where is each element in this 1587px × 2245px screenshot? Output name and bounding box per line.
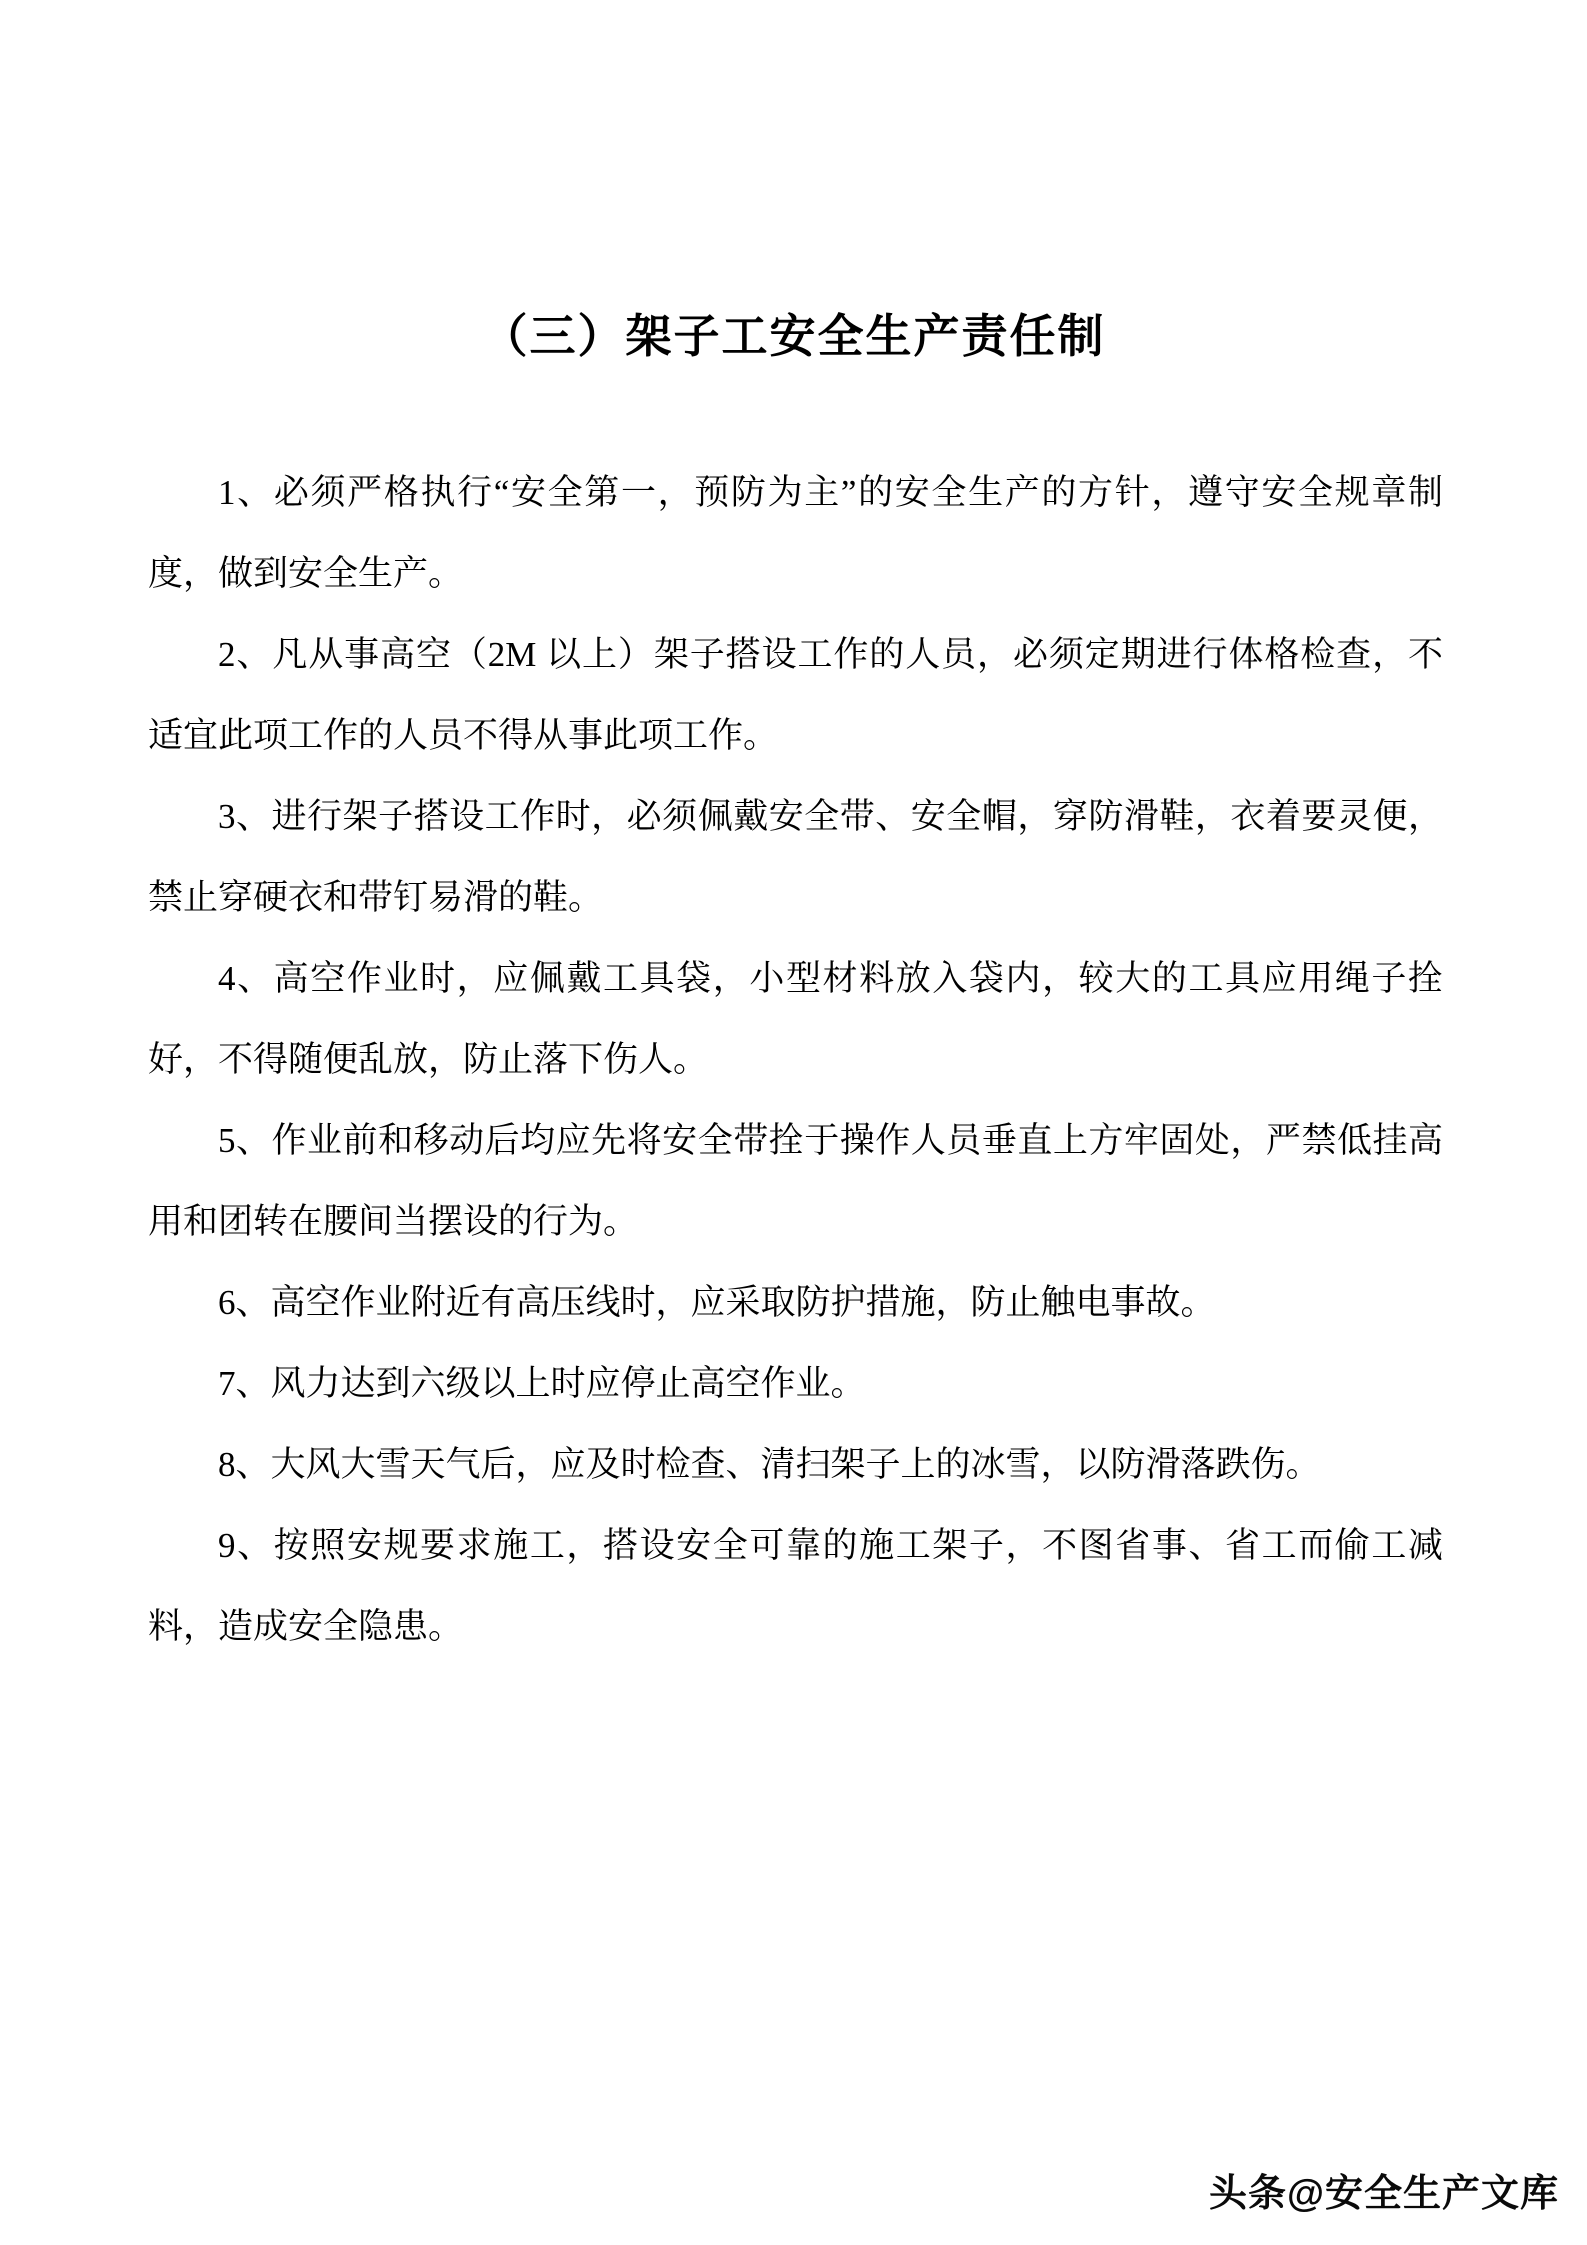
list-item-9: 9、按照安规要求施工，搭设安全可靠的施工架子，不图省事、省工而偷工减料，造成安全…	[148, 1505, 1443, 1667]
page-title: （三）架子工安全生产责任制	[0, 300, 1587, 366]
document-body: 1、必须严格执行“安全第一，预防为主”的安全生产的方针，遵守安全规章制度，做到安…	[148, 452, 1443, 1667]
document-page: （三）架子工安全生产责任制 1、必须严格执行“安全第一，预防为主”的安全生产的方…	[0, 0, 1587, 2245]
list-item-1: 1、必须严格执行“安全第一，预防为主”的安全生产的方针，遵守安全规章制度，做到安…	[148, 452, 1443, 614]
list-item-6: 6、高空作业附近有高压线时，应采取防护措施，防止触电事故。	[148, 1262, 1443, 1343]
list-item-3: 3、进行架子搭设工作时，必须佩戴安全带、安全帽，穿防滑鞋，衣着要灵便，禁止穿硬衣…	[148, 776, 1443, 938]
list-item-5: 5、作业前和移动后均应先将安全带拴于操作人员垂直上方牢固处，严禁低挂高用和团转在…	[148, 1100, 1443, 1262]
list-item-8: 8、大风大雪天气后，应及时检查、清扫架子上的冰雪，以防滑落跌伤。	[148, 1424, 1443, 1505]
watermark: 头条@安全生产文库	[1209, 2162, 1559, 2217]
list-item-4: 4、高空作业时，应佩戴工具袋，小型材料放入袋内，较大的工具应用绳子拴好，不得随便…	[148, 938, 1443, 1100]
list-item-7: 7、风力达到六级以上时应停止高空作业。	[148, 1343, 1443, 1424]
list-item-2: 2、凡从事高空（2M 以上）架子搭设工作的人员，必须定期进行体格检查，不适宜此项…	[148, 614, 1443, 776]
